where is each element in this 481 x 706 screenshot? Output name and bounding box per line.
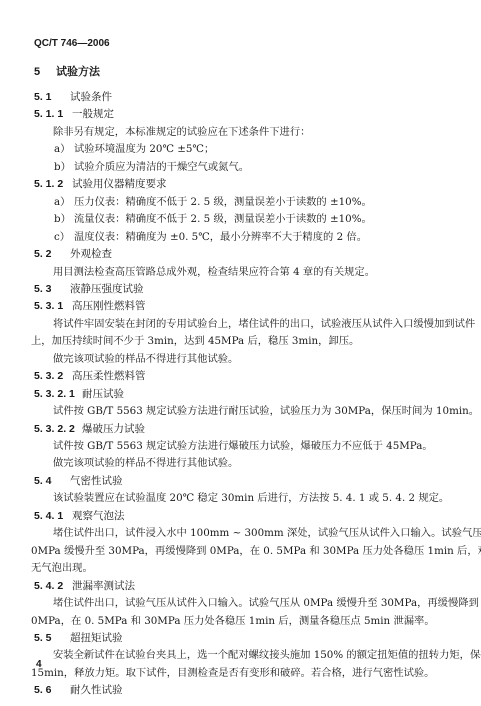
paragraph-continuation-line: 无气泡出现。	[31, 561, 93, 575]
list-item: c）温度仪表：精确度为 ±0. 5℃，最小分辨率不大于精度的 2 倍。	[54, 230, 367, 244]
paragraph-line: 堵住试件出口，试验气压从试件入口输入。试验气压从 0MPa 缓慢升至 30MPa…	[53, 596, 479, 610]
paragraph-line: 试件按 GB/T 5563 规定试验方法进行爆破压力试验，爆破压力不应低于 45…	[53, 439, 433, 453]
section-number: 5. 2	[34, 247, 70, 261]
paragraph-line: 用目测法检查高压管路总成外观，检查结果应符合第 4 章的有关规定。	[53, 265, 375, 279]
list-item-label: a）	[54, 142, 74, 156]
paragraph-line: 该试验装置应在试验温度 20℃ 稳定 30min 后进行，方法按 5. 4. 1…	[53, 491, 449, 505]
section-heading: 5. 5超扭矩试验	[34, 631, 123, 645]
standard-code-header: QC/T 746—2006	[34, 37, 110, 51]
list-item: b）试验介质应为清洁的干燥空气或氮气。	[54, 160, 249, 174]
list-item: a）试验环境温度为 20℃ ±5℃；	[54, 142, 214, 156]
section-title: 液静压强度试验	[70, 283, 144, 295]
section-heading: 5. 1. 2试验用仪器精度要求	[34, 177, 167, 191]
list-item-label: c）	[54, 230, 74, 244]
section-heading: 5. 3. 2. 2爆破压力试验	[34, 422, 145, 436]
section-heading: 5. 4. 1观察气泡法	[34, 509, 125, 523]
paragraph-line: 做完该项试验的样品不得进行其他试验。	[53, 352, 238, 366]
paragraph-continuation-line: 上，加压持续时间不少于 3min，达到 45MPa 后，稳压 3min，卸压。	[31, 334, 359, 348]
paragraph-line: 做完该项试验的样品不得进行其他试验。	[53, 456, 238, 470]
paragraph-line: 堵住试件出口，试件浸入水中 100mm ~ 300mm 深处，试验气压从试件入口…	[53, 526, 481, 540]
list-item-text: 压力仪表：精确度不低于 2. 5 级，测量误差小于读数的 ±10%。	[74, 196, 372, 208]
list-item: b）流量仪表：精确度不低于 2. 5 级，测量误差小于读数的 ±10%。	[54, 212, 372, 226]
section-title: 一般规定	[72, 108, 114, 120]
list-item-label: a）	[54, 195, 74, 209]
paragraph-line: 试件按 GB/T 5563 规定试验方法进行耐压试验，试验压力为 30MPa，保…	[53, 404, 479, 418]
section-title: 试验用仪器精度要求	[72, 178, 167, 190]
chapter-title: 试验方法	[56, 65, 100, 78]
section-heading: 5. 3. 1高压刚性燃料管	[34, 299, 146, 313]
section-number: 5. 3. 2. 1	[34, 387, 82, 401]
section-title: 高压刚性燃料管	[72, 300, 146, 312]
section-title: 外观检查	[70, 248, 112, 260]
section-title: 泄漏率测试法	[72, 580, 135, 592]
chapter-heading: 5试验方法	[34, 65, 100, 79]
section-heading: 5. 3. 2. 1耐压试验	[34, 387, 124, 401]
paragraph-line: 除非另有规定，本标准规定的试验应在下述条件下进行：	[53, 125, 310, 139]
chapter-number: 5	[34, 65, 56, 79]
section-number: 5. 3. 2. 2	[34, 422, 82, 436]
list-item-text: 试验环境温度为 20℃ ±5℃；	[74, 143, 214, 155]
section-title: 超扭矩试验	[70, 632, 123, 644]
section-title: 耐压试验	[82, 388, 124, 400]
paragraph-continuation-line: 0MPa，在 0. 5MPa 和 30MPa 压力处各稳压 1min 后，测量各…	[31, 614, 435, 628]
section-title: 高压柔性燃料管	[72, 370, 146, 382]
section-heading: 5. 3液静压强度试验	[34, 282, 144, 296]
list-item-label: b）	[54, 160, 74, 174]
section-number: 5. 5	[34, 631, 70, 645]
section-number: 5. 4	[34, 474, 70, 488]
section-heading: 5. 1试验条件	[34, 90, 112, 104]
paragraph-continuation-line: 15min，释放力矩。取下试件，目测检查是否有变形和破碎。若合格，进行气密性试验…	[31, 666, 434, 680]
list-item: a）压力仪表：精确度不低于 2. 5 级，测量误差小于读数的 ±10%。	[54, 195, 372, 209]
paragraph-continuation-line: 0MPa 缓慢升至 30MPa，再缓慢降到 0MPa，在 0. 5MPa 和 3…	[31, 544, 481, 558]
section-number: 5. 4. 2	[34, 579, 72, 593]
paragraph-line: 将试件牢固安装在封闭的专用试验台上，堵住试件的出口，试验液压从试件入口缓慢加到试…	[53, 317, 475, 331]
section-number: 5. 3. 2	[34, 369, 72, 383]
section-heading: 5. 4. 2泄漏率测试法	[34, 579, 135, 593]
section-number: 5. 4. 1	[34, 509, 72, 523]
page-number: 4	[36, 658, 42, 672]
section-heading: 5. 4气密性试验	[34, 474, 123, 488]
section-title: 气密性试验	[70, 475, 123, 487]
section-heading: 5. 2外观检查	[34, 247, 112, 261]
section-number: 5. 3. 1	[34, 299, 72, 313]
list-item-text: 流量仪表：精确度不低于 2. 5 级，测量误差小于读数的 ±10%。	[74, 213, 372, 225]
paragraph-line: 安装全新试件在试验台夹具上，选一个配对螺纹接头施加 150% 的额定扭矩值的扭转…	[53, 648, 481, 662]
section-number: 5. 1. 2	[34, 177, 72, 191]
section-number: 5. 1	[34, 90, 70, 104]
section-number: 5. 1. 1	[34, 107, 72, 121]
section-title: 爆破压力试验	[82, 423, 145, 435]
section-heading: 5. 6耐久性试验	[34, 683, 123, 697]
section-title: 试验条件	[70, 91, 112, 103]
section-heading: 5. 3. 2高压柔性燃料管	[34, 369, 146, 383]
list-item-text: 温度仪表：精确度为 ±0. 5℃，最小分辨率不大于精度的 2 倍。	[74, 231, 367, 243]
list-item-text: 试验介质应为清洁的干燥空气或氮气。	[74, 161, 249, 173]
section-title: 观察气泡法	[72, 510, 125, 522]
section-number: 5. 3	[34, 282, 70, 296]
list-item-label: b）	[54, 212, 74, 226]
section-heading: 5. 1. 1一般规定	[34, 107, 114, 121]
section-number: 5. 6	[34, 683, 70, 697]
section-title: 耐久性试验	[70, 684, 123, 696]
